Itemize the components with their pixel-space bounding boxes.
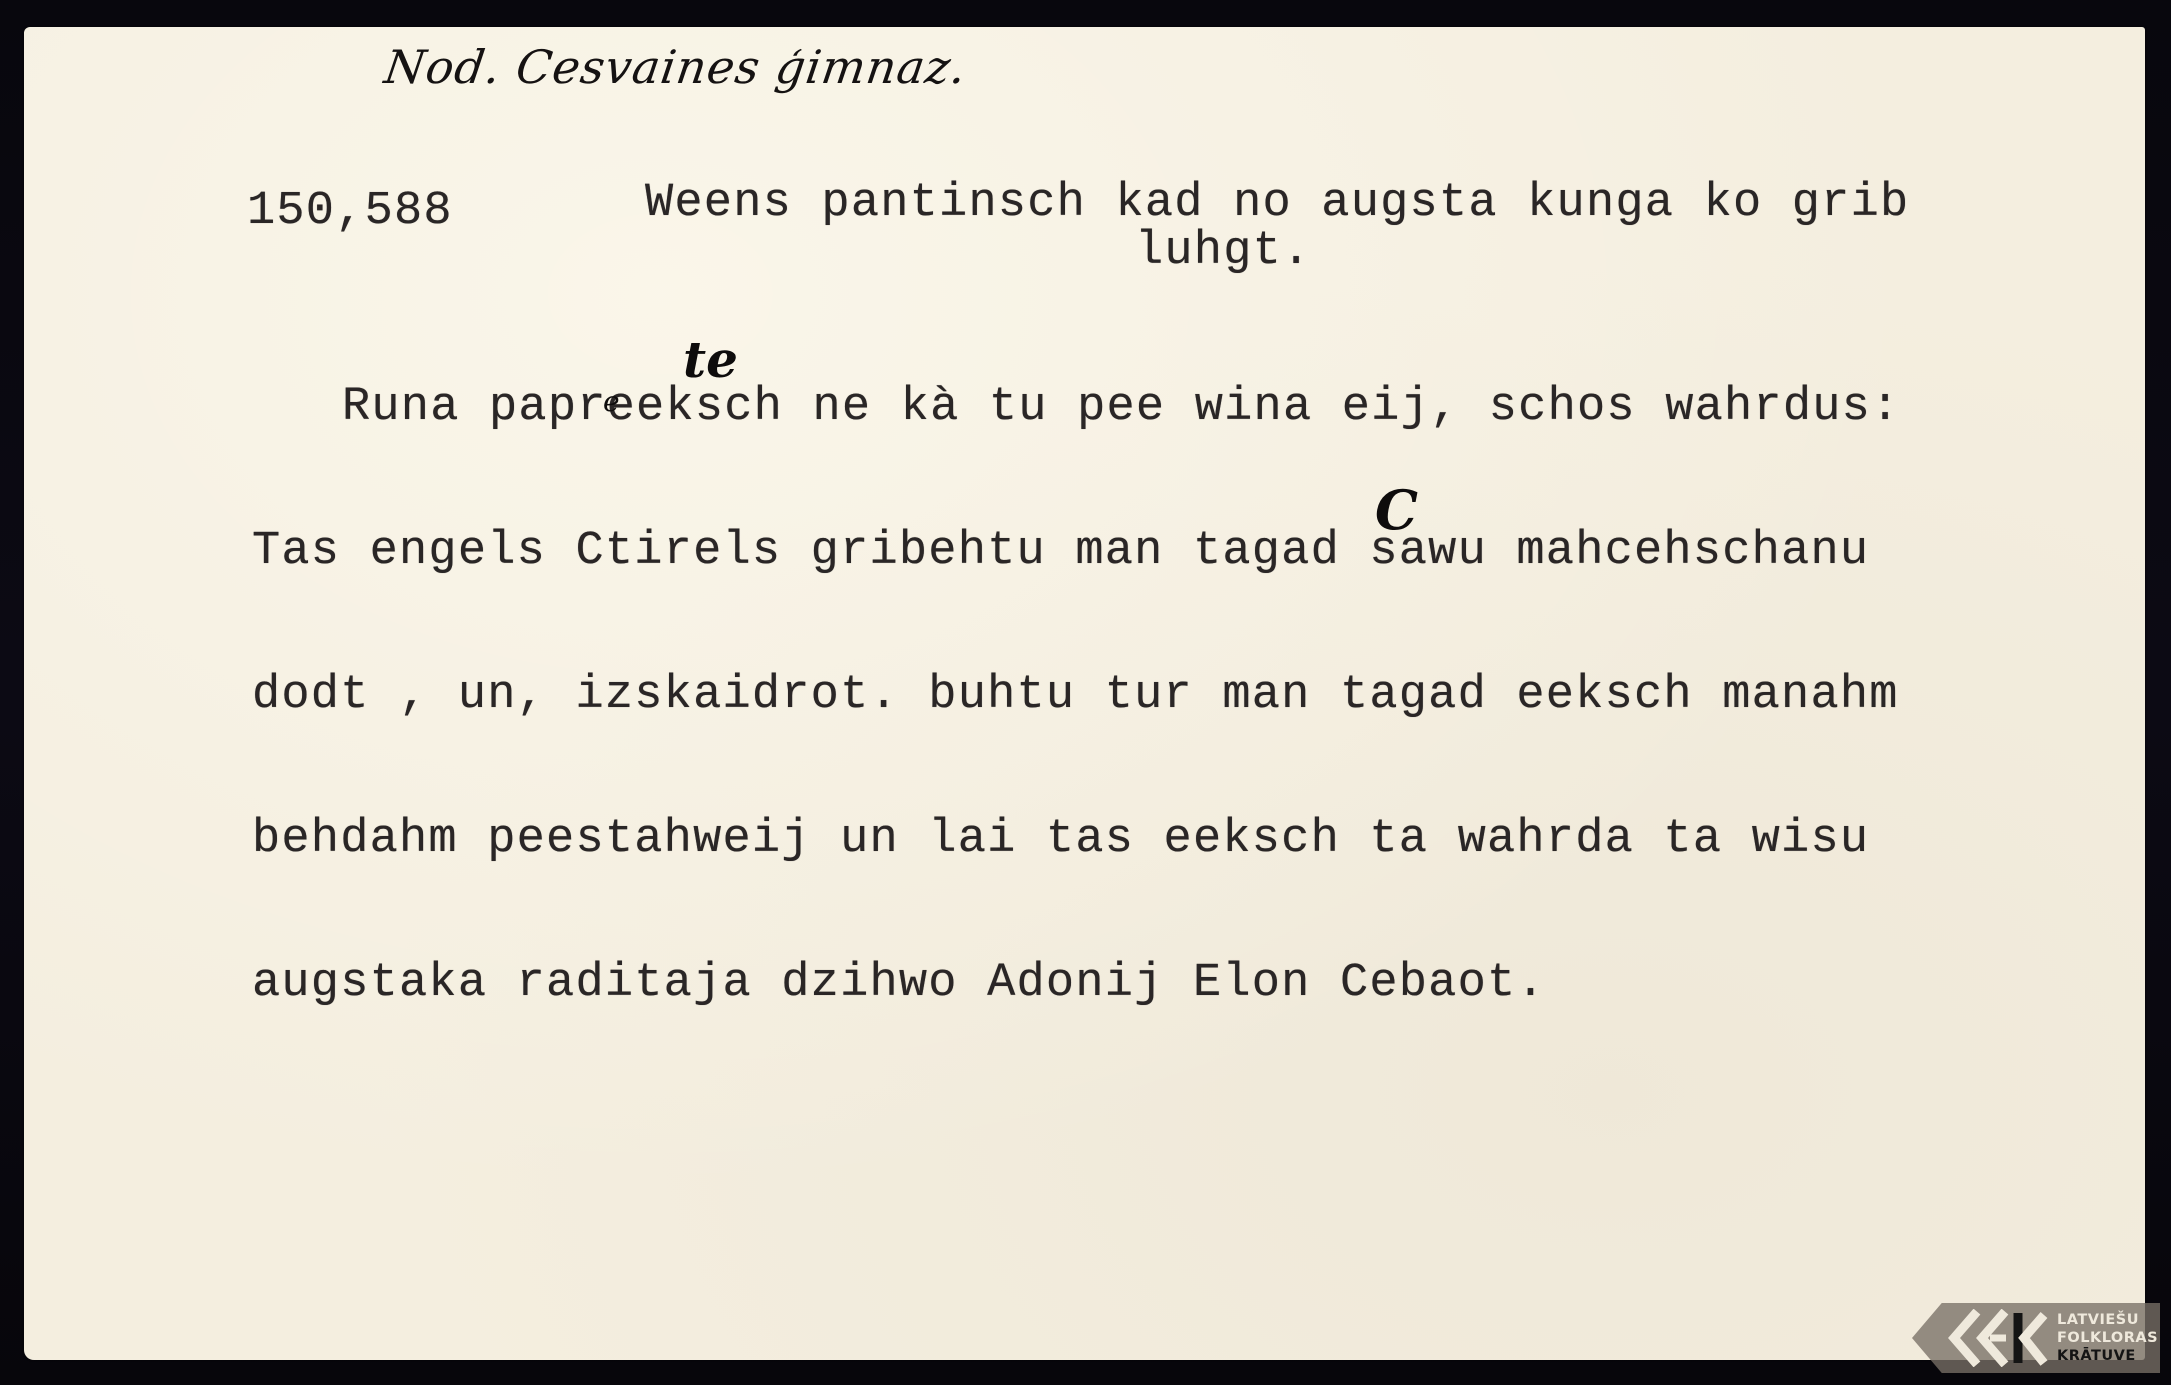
logo-line-3: KRĀTUVE [2057,1347,2158,1365]
logo-line-1: LATVIEŠU [2057,1311,2158,1329]
title-line-1: Weens pantinsch kad no augsta kunga ko g… [645,180,1909,228]
logo-line-2: FOLKLORAS [2057,1329,2158,1347]
record-number: 150,588 [247,188,453,236]
body-line-4: behdahm peestahweij un lai tas eeksch ta… [252,816,1900,864]
lfk-watermark: LATVIEŠU FOLKLORAS KRĀTUVE [1912,1303,2160,1373]
ink-correction-te: te [683,330,738,389]
lfk-logo-icon [1944,1309,2049,1367]
title-line-2: luhgt. [1135,228,1311,276]
ink-correction-e: e [603,385,620,418]
body-line-1: Runa papreeksch ne kà tu pee wina eij, s… [252,384,1900,432]
body-line-2: Tas engels Ctirels gribehtu man tagad sa… [252,528,1900,576]
ink-correction-c: C [1375,478,1418,542]
body-line-5: augstaka raditaja dzihwo Adonij Elon Ceb… [252,960,1900,1008]
handwritten-header: Nod. Cesvaines ģimnaz. [381,40,970,94]
body-text: Runa papreeksch ne kà tu pee wina eij, s… [252,288,1900,1056]
body-line-3: dodt , un, izskaidrot. buhtu tur man tag… [252,672,1900,720]
lfk-logo-text: LATVIEŠU FOLKLORAS KRĀTUVE [2057,1311,2158,1365]
